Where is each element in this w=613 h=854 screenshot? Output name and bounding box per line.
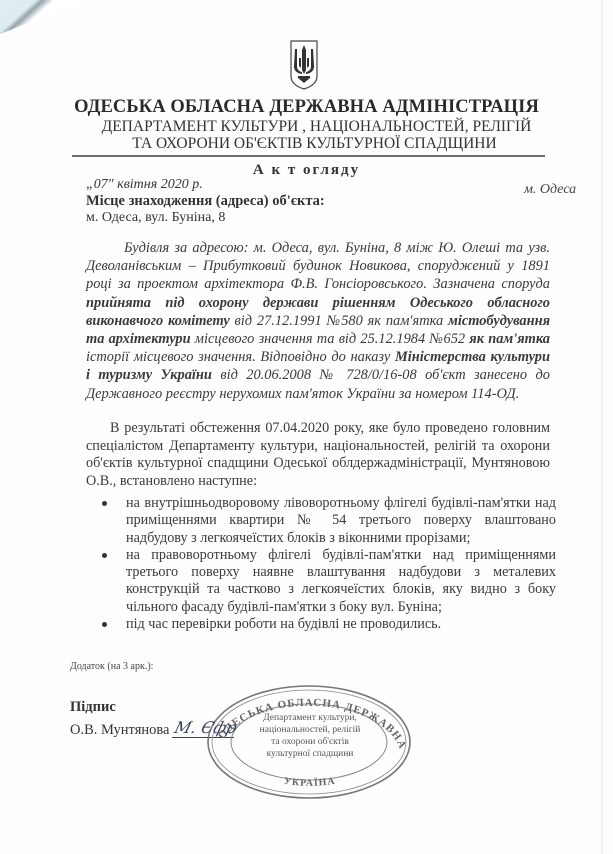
bullet-icon bbox=[102, 501, 107, 506]
bullet-icon bbox=[102, 553, 107, 558]
organization-name: ОДЕСЬКА ОБЛАСНА ДЕРЖАВНА АДМІНІСТРАЦІЯ bbox=[0, 97, 613, 118]
attachment-note: Додаток (на 3 арк.): bbox=[70, 661, 153, 672]
document-date: „07" квітня 2020 р. bbox=[86, 177, 203, 193]
department-name-line1: ДЕПАРТАМЕНТ КУЛЬТУРИ , НАЦІОНАЛЬНОСТЕЙ, … bbox=[10, 118, 613, 136]
building-description: Будівля за адресою: м. Одеса, вул. Бунін… bbox=[86, 239, 550, 403]
location-value: м. Одеса, вул. Буніна, 8 bbox=[86, 210, 225, 226]
page-corner-shadow bbox=[0, 0, 130, 34]
inspection-intro: В результаті обстеження 07.04.2020 року,… bbox=[86, 420, 550, 490]
location-label: Місце знаходження (адреса) об'єкта: bbox=[86, 193, 325, 210]
finding-item: на правоворотньому флігелі будівлі-пам'я… bbox=[96, 547, 556, 616]
department-name-line2: ТА ОХОРОНИ ОБ'ЄКТІВ КУЛЬТУРНОЇ СПАДЩИНИ bbox=[8, 135, 613, 153]
handwritten-signature: М. Єфр bbox=[172, 718, 239, 737]
document-city: м. Одеса bbox=[524, 182, 576, 198]
finding-item: під час перевірки роботи на будівлі не п… bbox=[96, 616, 556, 633]
signer-name: О.В. Мунтянова bbox=[70, 722, 169, 739]
stamp-center-text: Департамент культури, національностей, р… bbox=[240, 712, 380, 760]
findings-list: на внутрішньодворовому лівоворотньому фл… bbox=[96, 495, 556, 633]
trident-emblem-icon bbox=[290, 40, 318, 90]
svg-text:УКРАЇНА: УКРАЇНА bbox=[283, 776, 336, 789]
finding-item: на внутрішньодворовому лівоворотньому фл… bbox=[96, 495, 556, 547]
document-page: ОДЕСЬКА ОБЛАСНА ДЕРЖАВНА АДМІНІСТРАЦІЯ Д… bbox=[0, 0, 613, 854]
header-divider bbox=[72, 155, 545, 157]
bullet-icon bbox=[102, 622, 107, 627]
signature-label: Підпис bbox=[70, 699, 116, 716]
